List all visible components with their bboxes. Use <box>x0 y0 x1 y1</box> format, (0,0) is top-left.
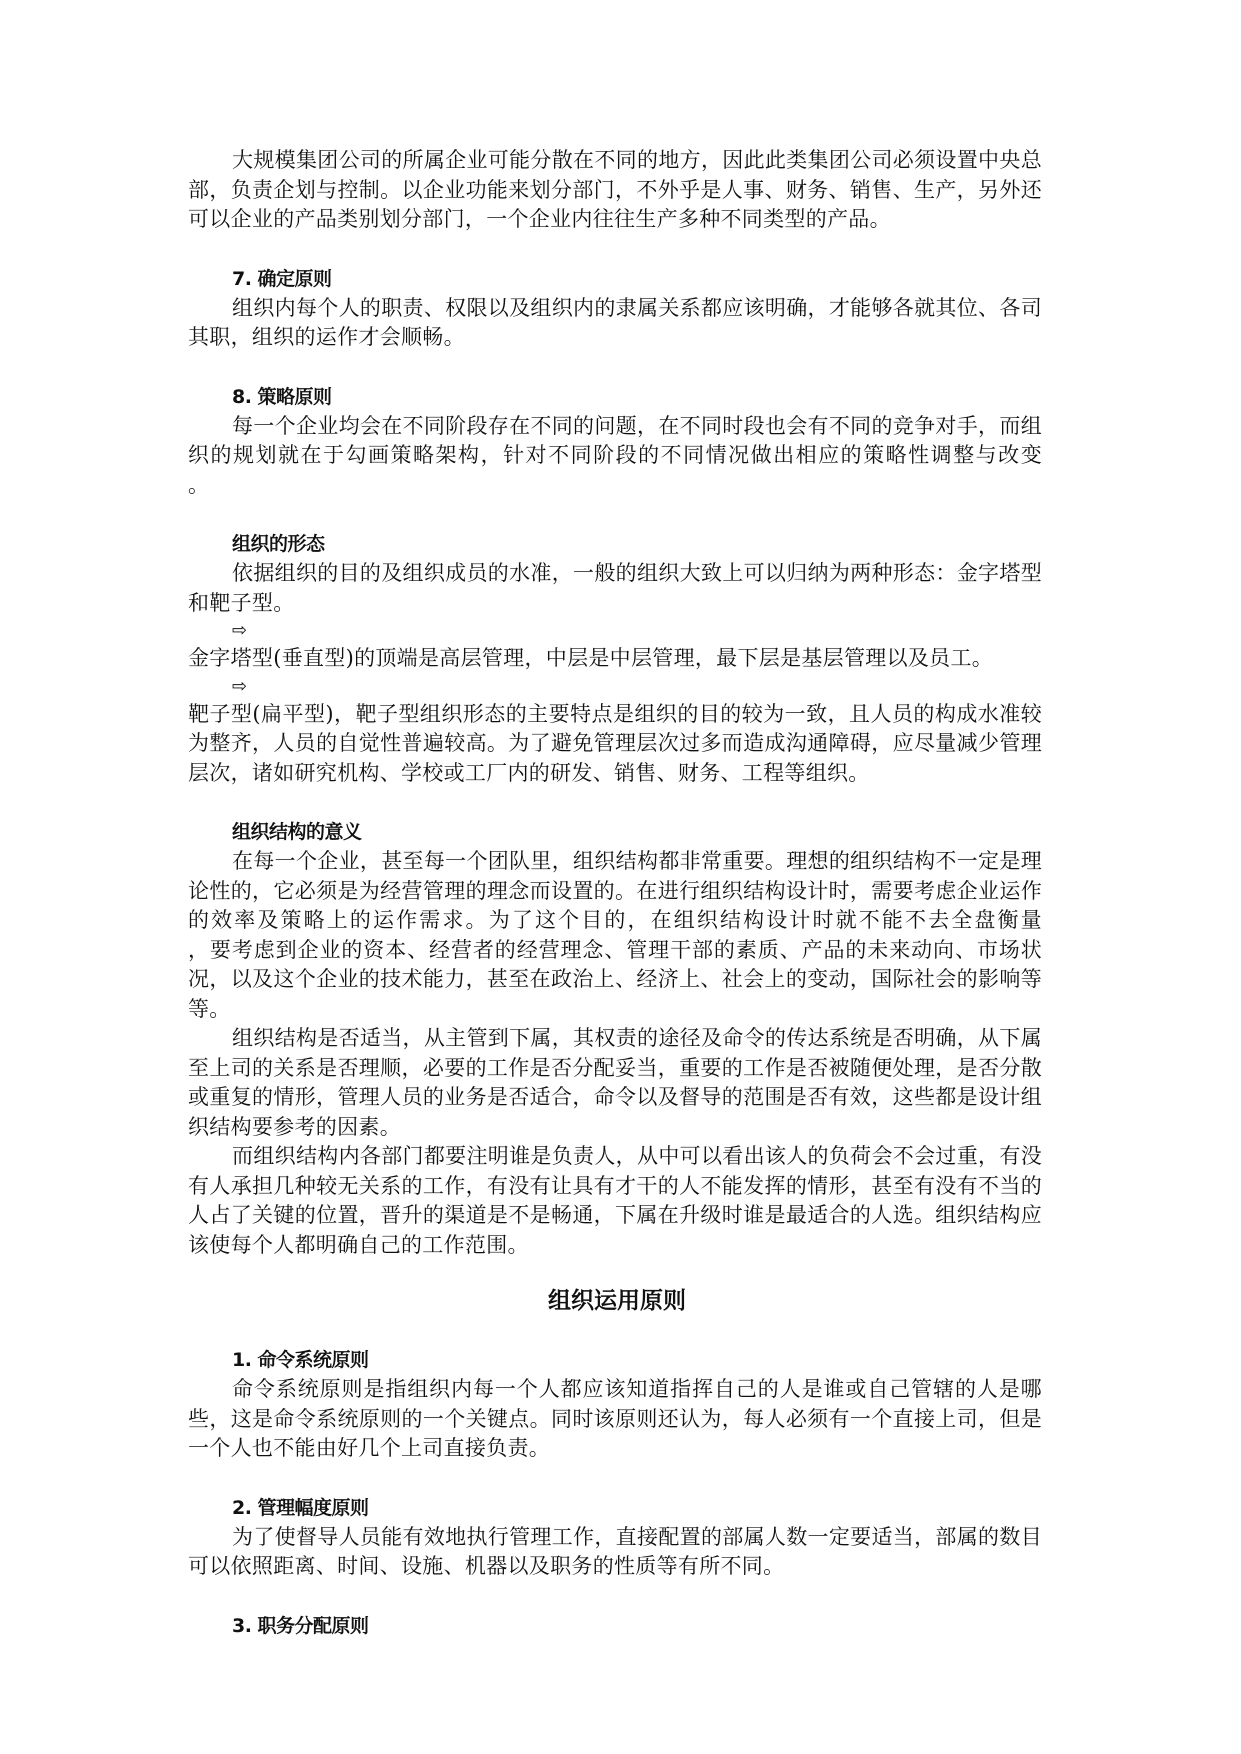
spacer <box>188 1582 1042 1612</box>
section-paragraph: 组织内每个人的职责、权限以及组织内的隶属关系都应该明确，才能够各就其位、各司其职… <box>188 294 1042 353</box>
section-heading-span-of-control: 2. 管理幅度原则 <box>188 1494 1042 1523</box>
section-heading-confirm-principle: 7. 确定原则 <box>188 265 1042 294</box>
spacer <box>188 1464 1042 1494</box>
bullet-text-pyramid: 金字塔型(垂直型)的顶端是高层管理，中层是中层管理，最下层是基层管理以及员工。 <box>188 644 1042 674</box>
section-paragraph: 在每一个企业，甚至每一个团队里，组织结构都非常重要。理想的组织结构不一定是理论性… <box>188 847 1042 936</box>
arrow-right-icon: ⇨ <box>188 618 1042 644</box>
section-heading-command-system: 1. 命令系统原则 <box>188 1346 1042 1375</box>
section-paragraph: 命令系统原则是指组织内每一个人都应该知道指挥自己的人是谁或自己管辖的人是哪些，这… <box>188 1375 1042 1464</box>
document-page: 大规模集团公司的所属企业可能分散在不同的地方，因此此类集团公司必须设置中央总部，… <box>188 146 1042 1641</box>
section-paragraph-continued: ，要考虑到企业的资本、经营者的经营理念、管理干部的素质、产品的未来动向、市场状况… <box>188 936 1042 1025</box>
section-paragraph: 依据组织的目的及组织成员的水准，一般的组织大致上可以归纳为两种形态：金字塔型和靶… <box>188 559 1042 618</box>
section-paragraph: 为了使督导人员能有效地执行管理工作，直接配置的部属人数一定要适当，部属的数目可以… <box>188 1523 1042 1582</box>
spacer <box>188 353 1042 383</box>
spacer <box>188 1316 1042 1346</box>
section-paragraph: 而组织结构内各部门都要注明谁是负责人，从中可以看出该人的负荷会不会过重，有没有人… <box>188 1142 1042 1260</box>
section-paragraph: 组织结构是否适当，从主管到下属，其权责的途径及命令的传达系统是否明确，从下属至上… <box>188 1024 1042 1142</box>
intro-paragraph: 大规模集团公司的所属企业可能分散在不同的地方，因此此类集团公司必须设置中央总部，… <box>188 146 1042 235</box>
arrow-right-icon: ⇨ <box>188 674 1042 700</box>
section-paragraph: 每一个企业均会在不同阶段存在不同的问题，在不同时段也会有不同的竞争对手，而组织的… <box>188 412 1042 471</box>
section-heading-org-forms: 组织的形态 <box>188 530 1042 559</box>
section-heading-duty-assignment: 3. 职务分配原则 <box>188 1612 1042 1641</box>
section-heading-org-structure-meaning: 组织结构的意义 <box>188 818 1042 847</box>
bullet-text-target: 靶子型(扁平型)，靶子型组织形态的主要特点是组织的目的较为一致，且人员的构成水准… <box>188 700 1042 789</box>
spacer <box>188 788 1042 818</box>
chapter-title: 组织运用原则 <box>188 1286 1042 1316</box>
spacer <box>188 1260 1042 1286</box>
spacer <box>188 500 1042 530</box>
section-paragraph-trailing-period: 。 <box>188 471 1042 501</box>
spacer <box>188 235 1042 265</box>
section-heading-strategy-principle: 8. 策略原则 <box>188 383 1042 412</box>
